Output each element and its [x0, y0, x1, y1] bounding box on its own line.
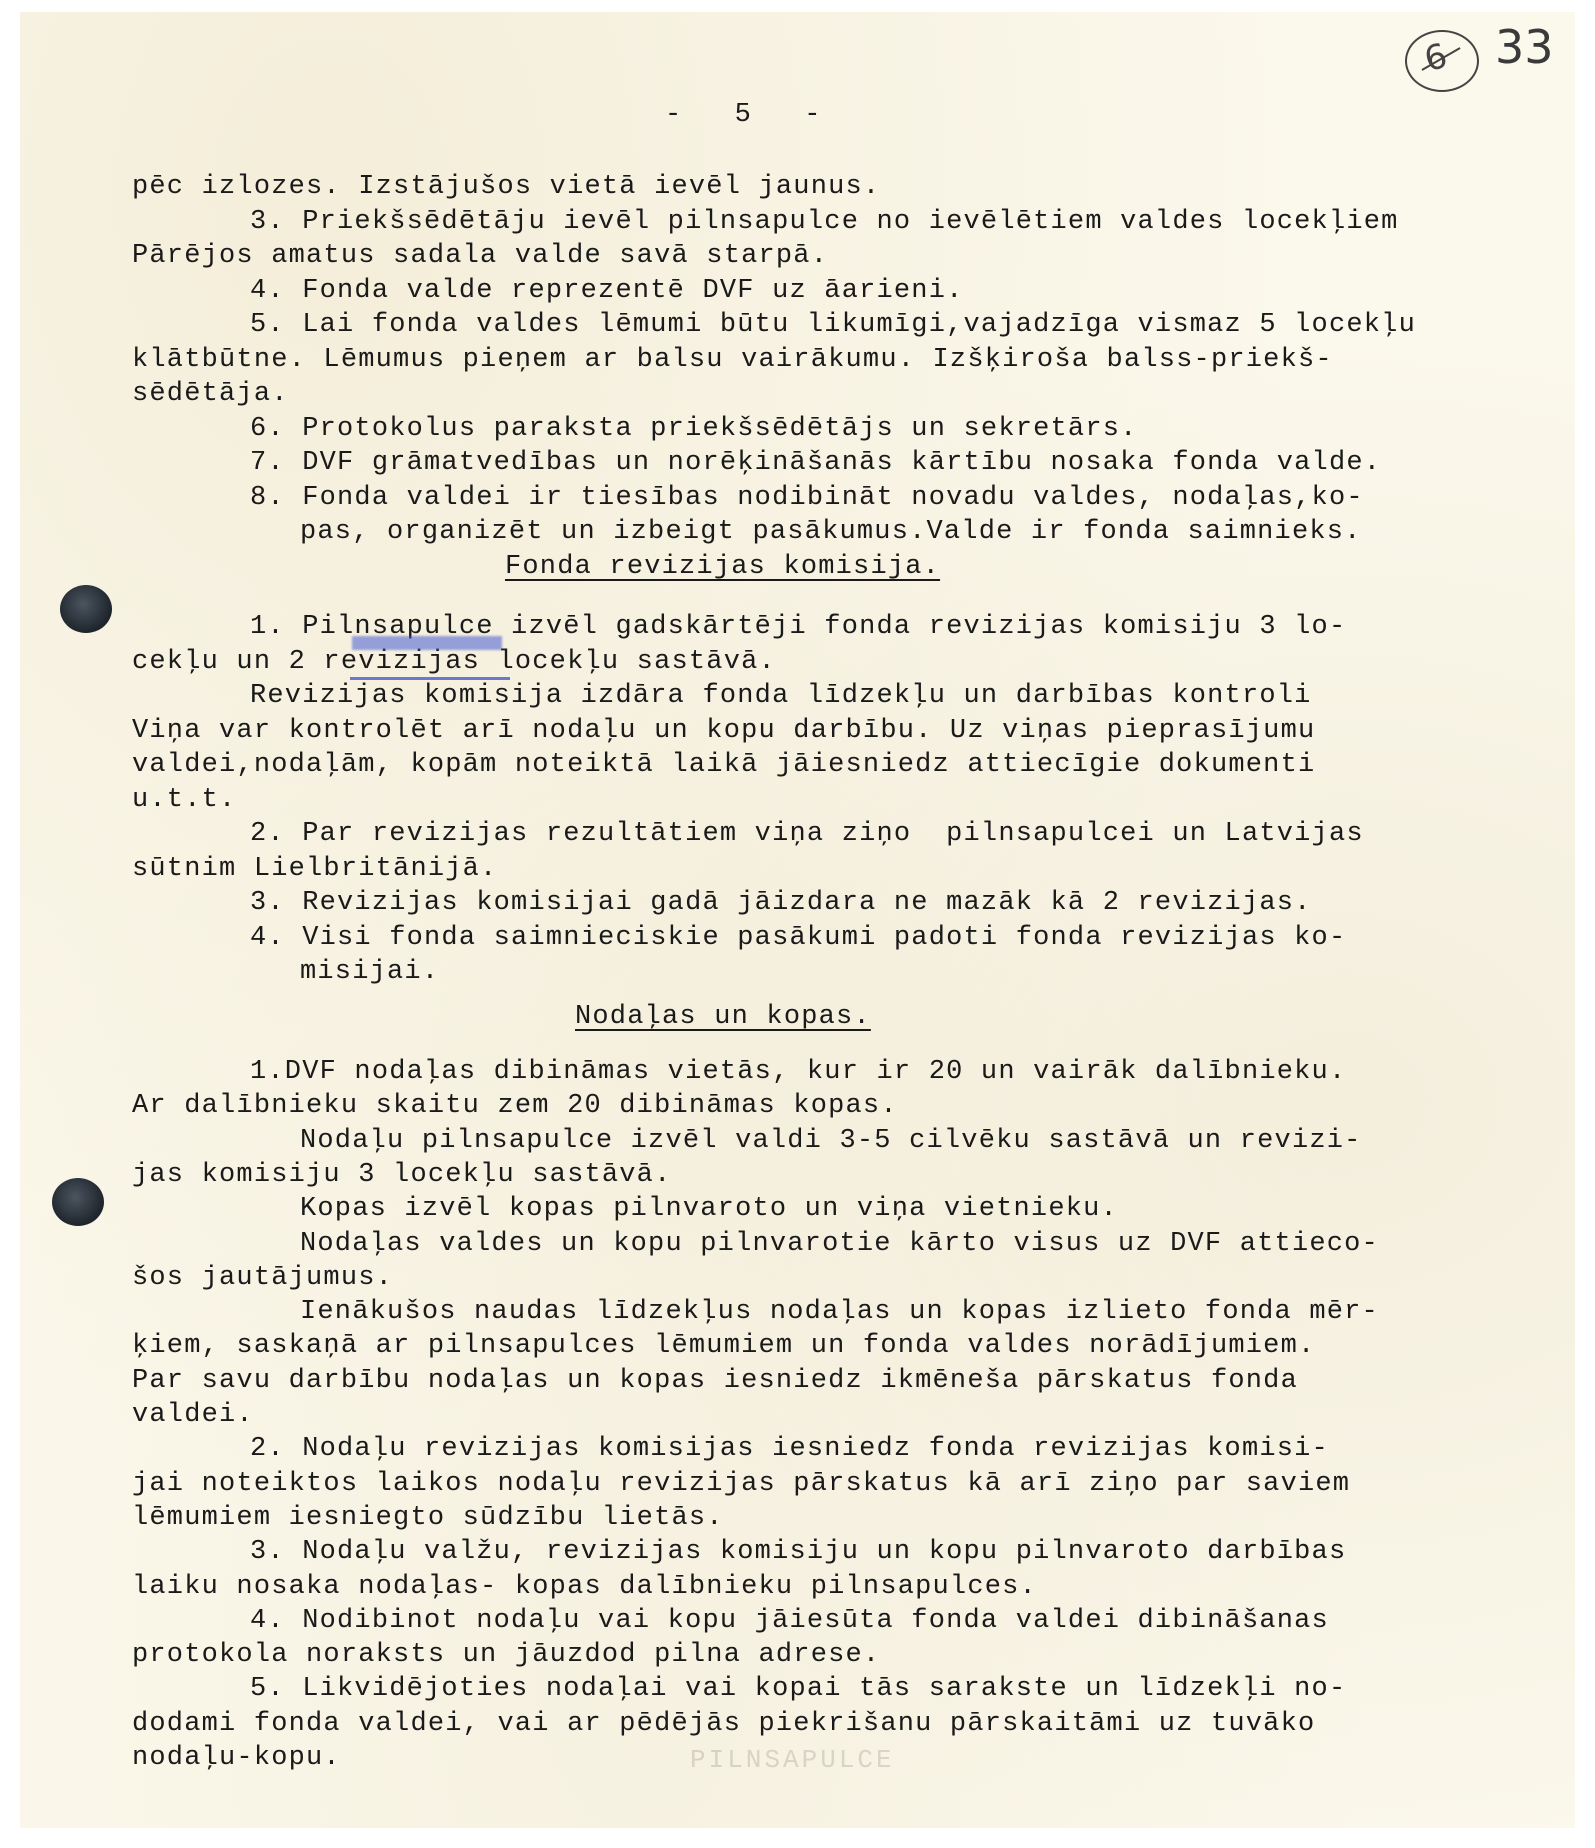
typed-line: 5. Likvidējoties nodaļai vai kopai tās s… [250, 1672, 1346, 1707]
typed-line: misijai. [300, 955, 439, 990]
typed-line: klātbūtne. Lēmumus pieņem ar balsu vairā… [132, 343, 1333, 378]
typed-line: Pārējos amatus sadala valde savā starpā. [132, 239, 828, 274]
punch-hole [60, 585, 112, 633]
typed-line: sūtnim Lielbritānijā. [132, 852, 497, 887]
typed-line: šos jautājumus. [132, 1261, 393, 1296]
typed-line: jas komisiju 3 locekļu sastāvā. [132, 1158, 671, 1193]
typed-line: protokola noraksts un jāuzdod pilna adre… [132, 1638, 880, 1673]
typed-line: Nodaļas valdes un kopu pilnvarotie kārto… [300, 1227, 1379, 1262]
typed-line: sēdētāja. [132, 377, 289, 412]
typed-line: jai noteiktos laikos nodaļu revizijas pā… [132, 1467, 1350, 1502]
circled-number: 6 [1420, 36, 1451, 80]
typed-line: dodami fonda valdei, vai ar pēdējās piek… [132, 1707, 1315, 1742]
typed-line: 4. Fonda valde reprezentē DVF uz āarieni… [250, 274, 964, 309]
typed-line: Nodaļu pilnsapulce izvēl valdi 3-5 cilvē… [300, 1124, 1362, 1159]
typed-line: u.t.t. [132, 783, 236, 818]
typed-line: 2. Nodaļu revizijas komisijas iesniedz f… [250, 1432, 1329, 1467]
typed-line: 6. Protokolus paraksta priekšsēdētājs un… [250, 412, 1138, 447]
typed-line: Par savu darbību nodaļas un kopas iesnie… [132, 1364, 1298, 1399]
typed-line: Kopas izvēl kopas pilnvaroto un viņa vie… [300, 1192, 1118, 1227]
page-number: - 5 - [665, 98, 822, 133]
section-heading-revision-commission: Fonda revizijas komisija. [505, 550, 940, 585]
strike-through-mark [350, 677, 510, 680]
typed-line: laiku nosaka nodaļas- kopas dalībnieku p… [132, 1570, 1037, 1605]
typed-line: 4. Visi fonda saimnieciskie pasākumi pad… [250, 921, 1346, 956]
folio-number: 33 [1495, 20, 1554, 74]
typed-line: 8. Fonda valdei ir tiesības nodibināt no… [250, 481, 1364, 516]
typed-line: valdei,nodaļām, kopām noteiktā laikā jāi… [132, 748, 1315, 783]
typed-line: 3. Priekšsēdētāju ievēl pilnsapulce no i… [250, 205, 1399, 240]
circled-archive-mark: 6 [1405, 30, 1479, 92]
typed-line: ķiem, saskaņā ar pilnsapulces lēmumiem u… [132, 1329, 1315, 1364]
handwritten-correction-mark [352, 636, 502, 650]
typed-line: Ienākušos naudas līdzekļus nodaļas un ko… [300, 1295, 1379, 1330]
typed-line: 2. Par revizijas rezultātiem viņa ziņo p… [250, 817, 1364, 852]
section-heading-branches-groups: Nodaļas un kopas. [575, 1000, 871, 1035]
typed-line: nodaļu-kopu. [132, 1741, 341, 1776]
typed-line: valdei. [132, 1398, 254, 1433]
typed-line: Revizijas komisija izdāra fonda līdzekļu… [250, 679, 1312, 714]
typed-line: 1.DVF nodaļas dibināmas vietās, kur ir 2… [250, 1055, 1346, 1090]
typed-line: 4. Nodibinot nodaļu vai kopu jāiesūta fo… [250, 1604, 1329, 1639]
typed-line: lēmumiem iesniegto sūdzību lietās. [132, 1501, 724, 1536]
typed-line: 3. Revizijas komisijai gadā jāizdara ne … [250, 886, 1312, 921]
typed-line: Ar dalībnieku skaitu zem 20 dibināmas ko… [132, 1089, 898, 1124]
typed-line: pēc izlozes. Izstājušos vietā ievēl jaun… [132, 170, 880, 205]
typed-line: 5. Lai fonda valdes lēmumi būtu likumīgi… [250, 308, 1416, 343]
typed-line: 3. Nodaļu valžu, revizijas komisiju un k… [250, 1535, 1346, 1570]
bleed-through-text: PILNSAPULCE [690, 1745, 895, 1775]
typed-line: 7. DVF grāmatvedības un norēķināšanās kā… [250, 446, 1381, 481]
punch-hole [52, 1178, 104, 1226]
typed-line: pas, organizēt un izbeigt pasākumus.Vald… [300, 515, 1362, 550]
typed-line: Viņa var kontrolēt arī nodaļu un kopu da… [132, 714, 1315, 749]
